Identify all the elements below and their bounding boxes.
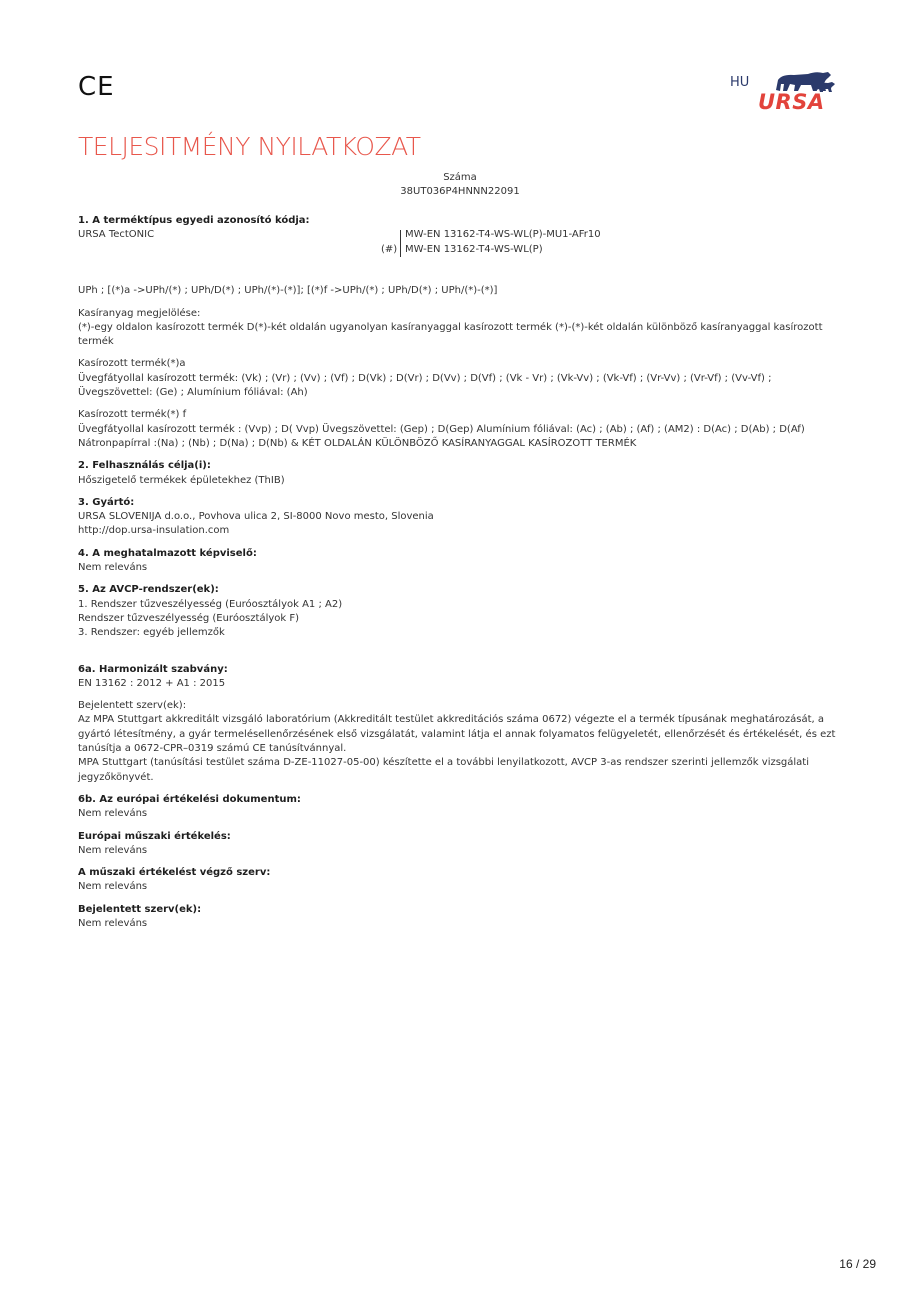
ce-mark-icon: CE — [78, 72, 115, 102]
notified-bodies: Bejelentett szerv(ek): Az MPA Stuttgart … — [78, 699, 848, 785]
section-6b-heading: 6b. Az európai értékelési dokumentum: — [78, 793, 848, 807]
section-1-heading: 1. A terméktípus egyedi azonosító kódja: — [78, 214, 848, 228]
faced-product-a: Kasírozott termék(*)a Üvegfátyollal kasí… — [78, 357, 848, 400]
designation-code-1: MW-EN 13162-T4-WS-WL(P)-MU1-AFr10 — [405, 228, 601, 242]
manufacturer-address: URSA SLOVENIJA d.o.o., Povhova ulica 2, … — [78, 510, 848, 524]
document-body: 1. A terméktípus egyedi azonosító kódja:… — [78, 214, 848, 939]
section-1: 1. A terméktípus egyedi azonosító kódja:… — [78, 214, 848, 270]
section-2-heading: 2. Felhasználás célja(i): — [78, 459, 848, 473]
section-4: 4. A meghatalmazott képviselő: Nem relev… — [78, 547, 848, 576]
section-5-heading: 5. Az AVCP-rendszer(ek): — [78, 583, 848, 597]
notified-text-1: Az MPA Stuttgart akkreditált vizsgáló la… — [78, 713, 848, 756]
section-6a: 6a. Harmonizált szabvány: EN 13162 : 201… — [78, 663, 848, 692]
section-6a-heading: 6a. Harmonizált szabvány: — [78, 663, 848, 677]
tab-text: Nem releváns — [78, 880, 848, 894]
faced-a-label: Kasírozott termék(*)a — [78, 357, 848, 371]
section-6b: 6b. Az európai értékelési dokumentum: Ne… — [78, 793, 848, 822]
product-name: URSA TectONIC — [78, 228, 154, 242]
designation-code-2: MW-EN 13162-T4-WS-WL(P) — [405, 243, 543, 257]
notified-text-2: MPA Stuttgart (tanúsítási testület száma… — [78, 756, 848, 785]
eta-text: Nem releváns — [78, 844, 848, 858]
hash-marker: (#) — [381, 243, 397, 257]
section-4-text: Nem releváns — [78, 561, 848, 575]
declaration-number: Száma 38UT036P4HNNN22091 — [0, 171, 920, 199]
faced-product-f: Kasírozott termék(*) f Üvegfátyollal kas… — [78, 408, 848, 451]
facing-label: Kasíranyag megjelölése: — [78, 307, 848, 321]
ursa-wordmark: URSA — [758, 90, 825, 114]
avcp-line: 1. Rendszer tűzveszélyesség (Euróosztály… — [78, 598, 848, 612]
section-3: 3. Gyártó: URSA SLOVENIJA d.o.o., Povhov… — [78, 496, 848, 539]
section-3-heading: 3. Gyártó: — [78, 496, 848, 510]
code-divider — [400, 230, 401, 257]
section-5: 5. Az AVCP-rendszer(ek): 1. Rendszer tűz… — [78, 583, 848, 640]
tab-heading: A műszaki értékelést végző szerv: — [78, 866, 848, 880]
avcp-line: 3. Rendszer: egyéb jellemzők — [78, 626, 848, 640]
faced-a-text: Üvegfátyollal kasírozott termék: (Vk) ; … — [78, 372, 848, 401]
notified-2-text: Nem releváns — [78, 917, 848, 931]
notified-2-heading: Bejelentett szerv(ek): — [78, 903, 848, 917]
harmonised-standard: EN 13162 : 2012 + A1 : 2015 — [78, 677, 848, 691]
faced-f-label: Kasírozott termék(*) f — [78, 408, 848, 422]
variants-line: UPh ; [(*)a ->UPh/(*) ; UPh/D(*) ; UPh/(… — [78, 284, 848, 298]
number-value: 38UT036P4HNNN22091 — [0, 185, 920, 199]
page-title: TELJESITMÉNY NYILATKOZAT — [78, 132, 421, 161]
ursa-logo: URSA — [758, 70, 838, 116]
section-4-heading: 4. A meghatalmazott képviselő: — [78, 547, 848, 561]
number-label: Száma — [0, 171, 920, 185]
section-6b-text: Nem releváns — [78, 807, 848, 821]
eta-heading: Európai műszaki értékelés: — [78, 830, 848, 844]
facing-text: (*)-egy oldalon kasírozott termék D(*)-k… — [78, 321, 848, 350]
faced-f-text: Üvegfátyollal kasírozott termék : (Vvp) … — [78, 423, 848, 452]
language-code: HU — [730, 75, 749, 90]
page-number: 16 / 29 — [839, 1257, 876, 1271]
section-2-text: Hőszigetelő termékek épületekhez (ThIB) — [78, 474, 848, 488]
notified-label: Bejelentett szerv(ek): — [78, 699, 848, 713]
notified-bodies-2: Bejelentett szerv(ek): Nem releváns — [78, 903, 848, 932]
product-codes: URSA TectONIC (#) MW-EN 13162-T4-WS-WL(P… — [78, 228, 848, 270]
manufacturer-link[interactable]: http://dop.ursa-insulation.com — [78, 524, 848, 538]
facing-designation: Kasíranyag megjelölése: (*)-egy oldalon … — [78, 307, 848, 350]
section-2: 2. Felhasználás célja(i): Hőszigetelő te… — [78, 459, 848, 488]
technical-assessment-body: A műszaki értékelést végző szerv: Nem re… — [78, 866, 848, 895]
avcp-line: Rendszer tűzveszélyesség (Euróosztályok … — [78, 612, 848, 626]
european-technical-assessment: Európai műszaki értékelés: Nem releváns — [78, 830, 848, 859]
